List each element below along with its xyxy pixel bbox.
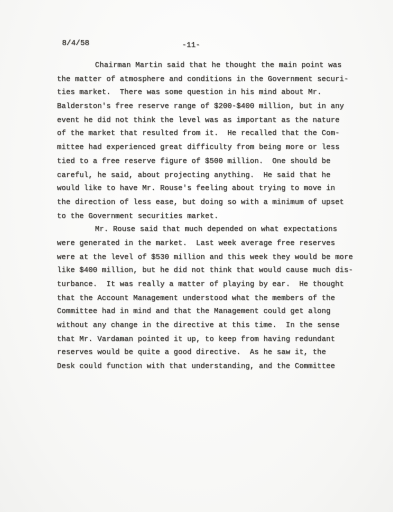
text-line: like $400 million, but he did not think … <box>57 265 345 279</box>
text-line: ties market. There was some question in … <box>57 87 345 101</box>
document-body: Chairman Martin said that he thought the… <box>57 60 345 375</box>
text-line: to the Government securities market. <box>57 211 345 225</box>
text-line: the direction of less ease, but doing so… <box>57 197 345 211</box>
text-line: would like to have Mr. Rouse's feeling a… <box>57 183 345 197</box>
document-page: 8/4/58 -11- Chairman Martin said that he… <box>0 0 393 512</box>
paragraph-2: Mr. Rouse said that much depended on wha… <box>57 224 345 375</box>
text-line: careful, he said, about projecting anyth… <box>57 170 345 184</box>
text-line: were generated in the market. Last week … <box>57 238 345 252</box>
text-line: event he did not think the level was as … <box>57 115 345 129</box>
text-line: the matter of atmosphere and conditions … <box>57 74 345 88</box>
date-stamp: 8/4/58 <box>62 40 89 48</box>
page-number: -11- <box>182 42 200 50</box>
text-line: Balderston's free reserve range of $200-… <box>57 101 345 115</box>
text-line: tied to a free reserve figure of $500 mi… <box>57 156 345 170</box>
text-line: Desk could function with that understand… <box>57 361 345 375</box>
paragraph-1: Chairman Martin said that he thought the… <box>57 60 345 224</box>
text-line: Committee had in mind and that the Manag… <box>57 306 345 320</box>
text-line: of the market that resulted from it. He … <box>57 128 345 142</box>
document-header: 8/4/58 -11- <box>57 40 345 60</box>
text-line: Mr. Rouse said that much depended on wha… <box>57 224 345 238</box>
text-line: reserves would be quite a good directive… <box>57 347 345 361</box>
text-line: that the Account Management understood w… <box>57 293 345 307</box>
text-line: Chairman Martin said that he thought the… <box>57 60 345 74</box>
text-line: were at the level of $530 million and th… <box>57 252 345 266</box>
text-line: without any change in the directive at t… <box>57 320 345 334</box>
text-line: mittee had experienced great difficulty … <box>57 142 345 156</box>
text-line: turbance. It was really a matter of play… <box>57 279 345 293</box>
text-line: that Mr. Vardaman pointed it up, to keep… <box>57 334 345 348</box>
